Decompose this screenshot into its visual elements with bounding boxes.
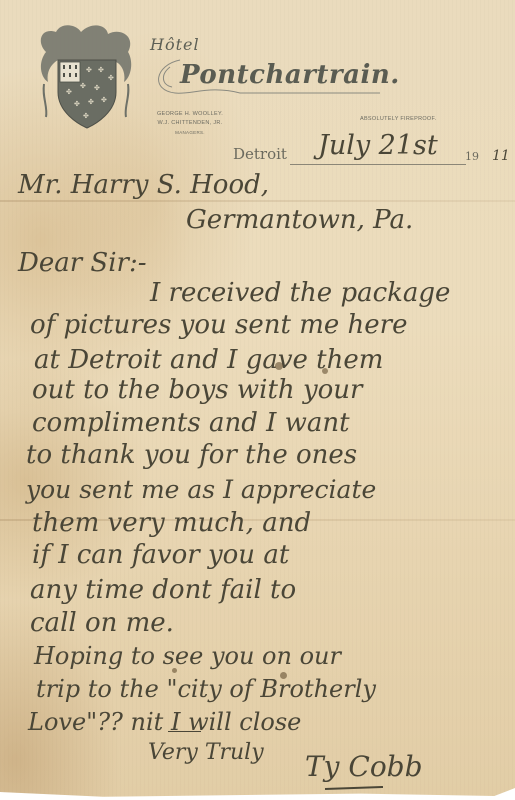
body-line: compliments and I want <box>32 408 350 438</box>
body-line: out to the boys with your <box>32 375 362 405</box>
printed-year-prefix: 19 <box>465 150 479 163</box>
recipient-name: Mr. Harry S. Hood, <box>18 170 269 200</box>
body-line: any time dont fail to <box>30 575 296 605</box>
body-line: you sent me as I appreciate <box>26 475 376 504</box>
ink-stain <box>275 362 283 370</box>
manager-name: GEORGE H. WOOLLEY. <box>140 110 240 119</box>
hotel-prefix: Hôtel <box>150 35 200 54</box>
managers-block: GEORGE H. WOOLLEY. W.J. CHITTENDEN, JR. … <box>140 110 240 137</box>
body-line: I received the package <box>150 278 450 308</box>
body-line: at Detroit and I gave them <box>34 345 383 375</box>
body-line: them very much, and <box>32 508 311 538</box>
hotel-name: Pontchartrain. <box>180 60 400 90</box>
body-line: trip to the "city of Brotherly <box>36 675 376 703</box>
printed-city: Detroit <box>233 145 287 163</box>
ink-stain <box>322 368 328 374</box>
svg-text:✤: ✤ <box>74 100 80 108</box>
salutation: Dear Sir:- <box>18 248 147 278</box>
fold-crease <box>0 200 515 202</box>
recipient-location: Germantown, Pa. <box>186 205 413 235</box>
svg-text:✤: ✤ <box>101 96 107 104</box>
handwritten-year: 11 <box>492 148 510 164</box>
body-line: Love"?? nit I will close <box>28 708 301 736</box>
ink-stain <box>172 668 177 673</box>
underline-mark <box>168 731 201 732</box>
svg-text:✤: ✤ <box>88 98 94 106</box>
signature: Ty Cobb <box>305 750 423 783</box>
svg-text:✤: ✤ <box>66 88 72 96</box>
ink-stain <box>280 672 287 679</box>
crest-icon: ✤✤✤ ✤✤✤ ✤✤✤ ✤ <box>36 22 136 132</box>
svg-text:✤: ✤ <box>83 112 89 120</box>
body-line: of pictures you sent me here <box>30 310 407 340</box>
body-line: if I can favor you at <box>32 540 289 570</box>
managers-label: MANAGERS. <box>140 128 240 137</box>
tagline: ABSOLUTELY FIREPROOF. <box>360 116 436 122</box>
handwritten-date: July 21st <box>318 130 438 161</box>
body-line: Hoping to see you on our <box>34 642 341 670</box>
closing: Very Truly <box>148 740 264 765</box>
svg-text:✤: ✤ <box>98 66 104 74</box>
manager-name: W.J. CHITTENDEN, JR. <box>140 119 240 128</box>
svg-text:✤: ✤ <box>86 66 92 74</box>
body-line: to thank you for the ones <box>26 440 357 470</box>
body-line: call on me. <box>30 608 174 638</box>
svg-text:✤: ✤ <box>80 82 86 90</box>
date-line <box>290 164 466 165</box>
svg-text:✤: ✤ <box>94 84 100 92</box>
svg-text:✤: ✤ <box>108 74 114 82</box>
